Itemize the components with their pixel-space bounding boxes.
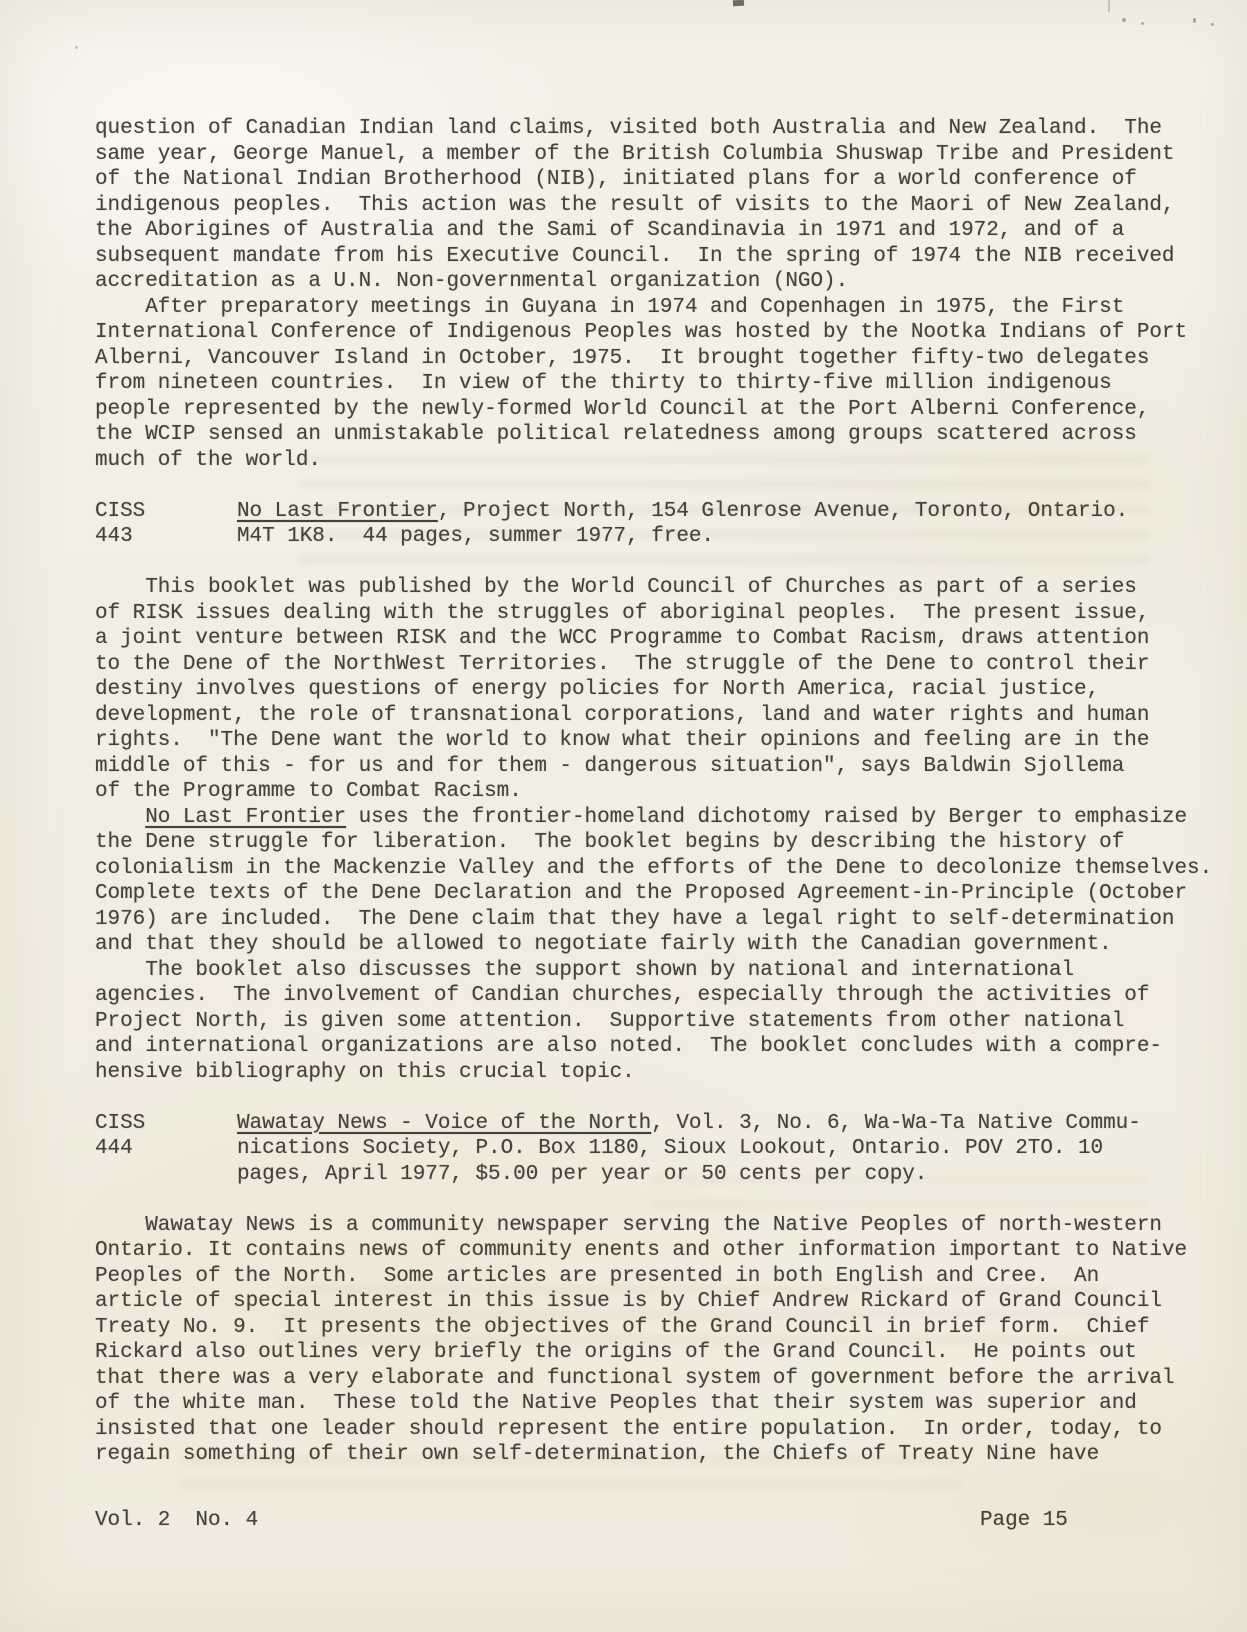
entry-citation-444: Wawatay News - Voice of the North, Vol. … (237, 1111, 1225, 1188)
ciss-entry-444: CISS 444 Wawatay News - Voice of the Nor… (95, 1111, 1225, 1188)
paragraph-wcip-conference: After preparatory meetings in Guyana in … (95, 295, 1225, 474)
page-footer: Vol. 2 No. 4 Page 15 (95, 1508, 1225, 1534)
scan-speck (1141, 22, 1144, 25)
scan-speck (75, 46, 78, 49)
ciss-entry-443: CISS 443 No Last Frontier, Project North… (95, 499, 1225, 550)
paragraph-wawatay-news: Wawatay News is a community newspaper se… (95, 1213, 1225, 1468)
scan-speck (1193, 18, 1196, 23)
entry-citation-443: No Last Frontier, Project North, 154 Gle… (237, 499, 1225, 550)
paragraph-no-last-frontier: No Last Frontier uses the frontier-homel… (95, 805, 1225, 958)
entry-id-443: CISS 443 (95, 499, 237, 550)
scan-speck (1122, 18, 1126, 22)
footer-page-number: Page 15 (980, 1508, 1068, 1534)
scan-scratch (1108, 0, 1110, 12)
page-body: question of Canadian Indian land claims,… (95, 116, 1225, 1534)
paragraph-land-claims: question of Canadian Indian land claims,… (95, 116, 1225, 295)
inline-title-underlined: No Last Frontier (145, 806, 346, 829)
scanned-document-page: question of Canadian Indian land claims,… (0, 0, 1247, 1632)
paragraph-indent (95, 806, 145, 829)
entry-id-444: CISS 444 (95, 1111, 237, 1188)
entry-title-underlined: Wawatay News - Voice of the North (237, 1112, 651, 1135)
scan-mark (733, 0, 744, 6)
paragraph-booklet-published: This booklet was published by the World … (95, 575, 1225, 805)
entry-title-underlined: No Last Frontier (237, 500, 438, 523)
footer-volume-number: Vol. 2 No. 4 (95, 1508, 258, 1534)
scan-speck (1211, 23, 1214, 26)
paragraph-booklet-support: The booklet also discusses the support s… (95, 958, 1225, 1086)
